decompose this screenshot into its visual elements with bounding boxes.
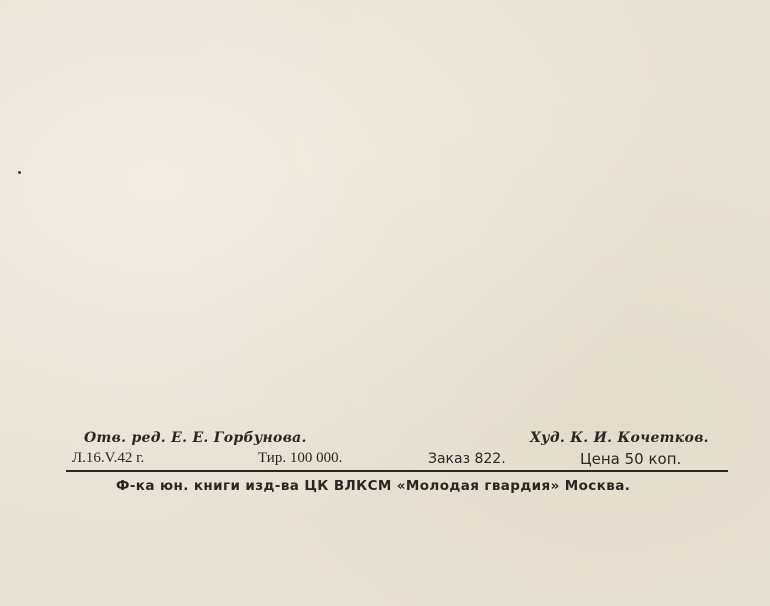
artist-credit: Худ. К. И. Кочетков. (530, 430, 709, 446)
order-number: Заказ 822. (428, 451, 506, 467)
divider-rule (66, 470, 728, 472)
ink-speck (18, 171, 21, 174)
signed-date: Л.16.V.42 г. (72, 450, 144, 467)
editor-credit: Отв. ред. Е. Е. Горбунова. (84, 430, 307, 446)
print-run: Тир. 100 000. (258, 450, 342, 467)
price: Цена 50 коп. (580, 450, 681, 468)
publisher-line: Ф-ка юн. книги изд-ва ЦК ВЛКСМ «Молодая … (116, 478, 630, 494)
